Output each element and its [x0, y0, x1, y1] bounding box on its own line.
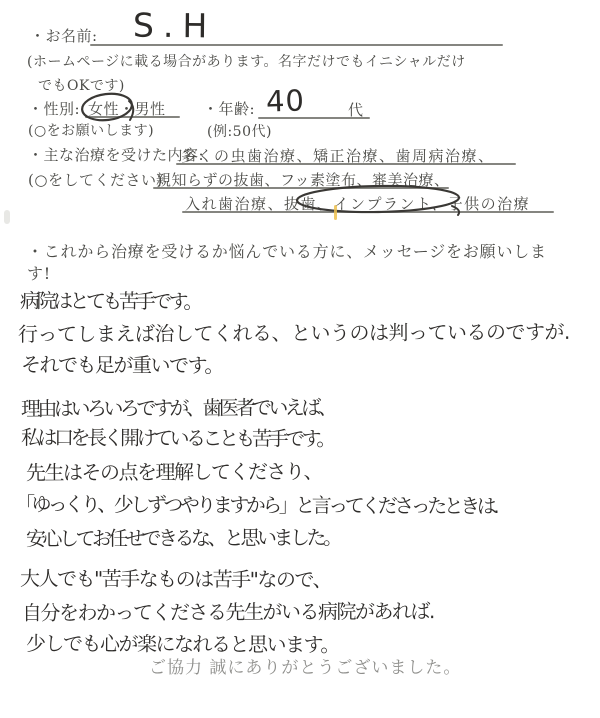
message-line: 安心してお任せできるな、と思いました。: [26, 521, 340, 551]
message-line: 私は口を長く開けていることも苦手です。: [21, 421, 333, 451]
implant-selection-circle: [294, 184, 466, 218]
message-line: 自分をわかってくださる先生がいる病院があれば.: [22, 595, 434, 626]
message-line: 大人でも"苦手なものは苦手"なので、: [20, 562, 331, 592]
treatments-label: ・主な治療を受けた内容:: [28, 144, 204, 165]
age-example: (例:50代): [207, 121, 272, 141]
highlight-artifact: [334, 205, 337, 220]
treatments-line1-underline: [176, 163, 516, 165]
age-value: 40: [265, 83, 305, 118]
name-note-line1: (ホームページに載る場合があります。名字だけでもイニシャルだけ: [27, 51, 466, 71]
gender-note: (○をお願いします): [28, 120, 154, 140]
age-suffix: 代: [348, 99, 364, 120]
scan-smudge: [4, 210, 10, 224]
name-label: ・お名前:: [30, 25, 98, 46]
age-label: ・年齢:: [203, 98, 255, 119]
message-line: 病院はとても苦手です。: [20, 285, 200, 315]
message-prompt-line2: す!: [27, 261, 51, 284]
message-line: 理由はいろいろですが、歯医者でいえば、: [21, 391, 334, 421]
name-value: S.H: [133, 6, 217, 46]
message-line: それでも足が重いです。: [21, 349, 223, 379]
message-line: 「ゆっくり、少しずつやりますから」と言ってくださったときは.: [15, 488, 496, 519]
message-line: 先生はその点を理解してくださり、: [26, 455, 322, 485]
gender-label: ・性別:: [28, 98, 80, 119]
closing-thanks: ご協力 誠にありがとうございました。: [149, 653, 461, 678]
questionnaire-scan: ・お名前: S.H (ホームページに載る場合があります。名字だけでもイニシャルだ…: [0, 0, 600, 718]
treatments-note: (○をしてください): [28, 169, 163, 190]
message-line: 行ってしまえば治してくれる、というのは判っているのですが.: [18, 316, 570, 347]
message-prompt-line1: ・これから治療を受けるか悩んでいる方に、メッセージをお願いしま: [27, 239, 547, 262]
